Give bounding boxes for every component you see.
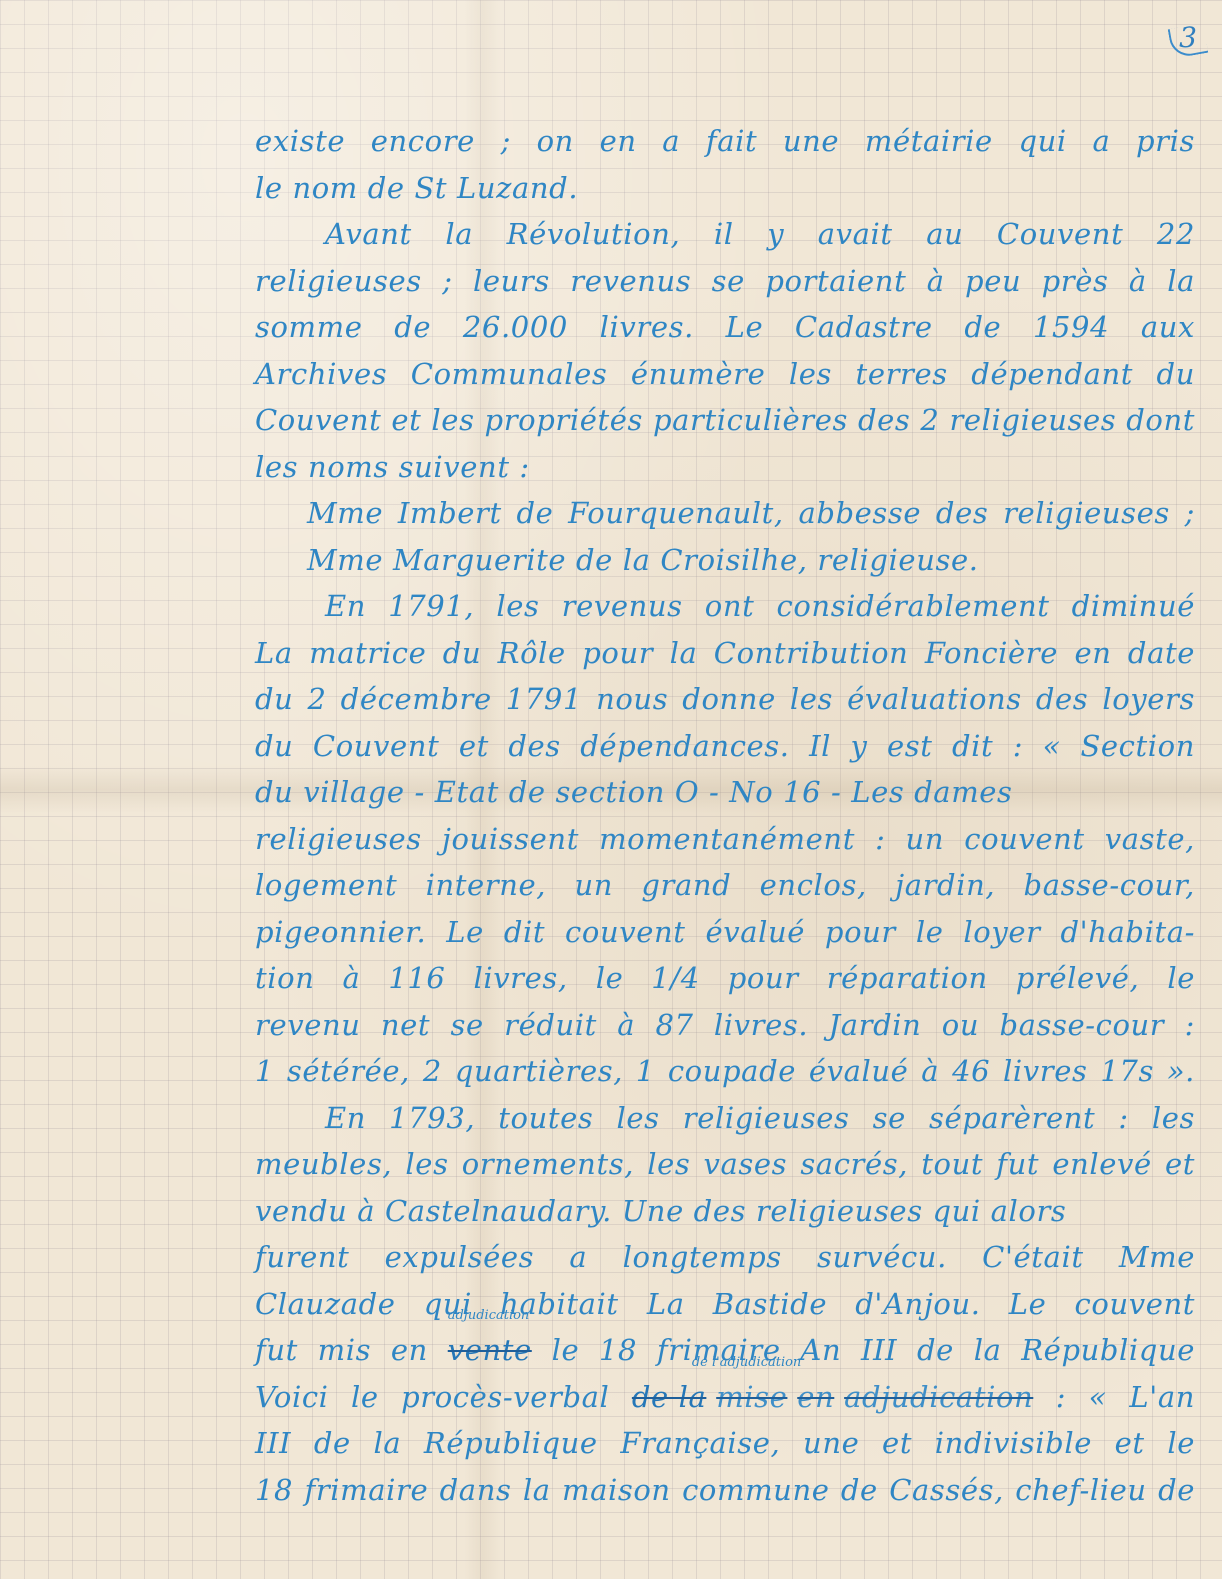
text-line-8: les noms suivent : bbox=[255, 444, 1195, 491]
text-line-21: 1 sétérée, 2 quartières, 1 coupade évalu… bbox=[255, 1048, 1195, 1095]
struck-word: de la bbox=[632, 1380, 707, 1414]
text-line-9-name-abbess: Mme Imbert de Fourquenault, abbesse des … bbox=[255, 490, 1195, 537]
text-line-6: Archives Communales énumère les terres d… bbox=[255, 351, 1195, 398]
struck-word: vente bbox=[448, 1333, 532, 1367]
correction-group: adjudication vente bbox=[448, 1327, 532, 1374]
text-line-11: En 1791, les revenus ont considérablemen… bbox=[255, 583, 1195, 630]
text-line-10-name-religieuse: Mme Marguerite de la Croisilhe, religieu… bbox=[255, 537, 1195, 584]
text-line-30: 18 frimaire dans la maison commune de Ca… bbox=[255, 1467, 1195, 1514]
text-line-16: religieuses jouissent momentanément : un… bbox=[255, 816, 1195, 863]
text-line-23: meubles, les ornements, les vases sacrés… bbox=[255, 1141, 1195, 1188]
text-line-22: En 1793, toutes les religieuses se sépar… bbox=[255, 1095, 1195, 1142]
struck-word: mise bbox=[716, 1380, 787, 1414]
inserted-word: adjudication bbox=[448, 1309, 530, 1323]
text-line-28: Voici le procès-verbal de l'adjudication… bbox=[255, 1374, 1195, 1421]
text-line-18: pigeonnier. Le dit couvent évalué pour l… bbox=[255, 909, 1195, 956]
text-line-5: somme de 26.000 livres. Le Cadastre de 1… bbox=[255, 304, 1195, 351]
struck-word: en bbox=[797, 1380, 834, 1414]
text-line-29: III de la République Française, une et i… bbox=[255, 1420, 1195, 1467]
correction-group: de l'adjudication de la mise en adjudica… bbox=[632, 1374, 1033, 1421]
text-line-20: revenu net se réduit à 87 livres. Jardin… bbox=[255, 1002, 1195, 1049]
text-line-15: du village - Etat de section O - No 16 -… bbox=[255, 769, 1195, 816]
text-line-17: logement interne, un grand enclos, jardi… bbox=[255, 862, 1195, 909]
text-line-4: religieuses ; leurs revenus se portaient… bbox=[255, 258, 1195, 305]
text-line-3: Avant la Révolution, il y avait au Couve… bbox=[255, 211, 1195, 258]
page-number: 3 bbox=[1168, 18, 1208, 58]
text-line-7: Couvent et les propriétés particulières … bbox=[255, 397, 1195, 444]
text-line-25: furent expulsées a longtemps survécu. C'… bbox=[255, 1234, 1195, 1281]
text-line-24: vendu à Castelnaudary. Une des religieus… bbox=[255, 1188, 1195, 1235]
text-segment: : « L'an bbox=[1056, 1380, 1195, 1414]
struck-word: adjudication bbox=[844, 1380, 1033, 1414]
text-line-2: le nom de St Luzand. bbox=[255, 165, 1195, 212]
inserted-phrase: de l'adjudication bbox=[692, 1356, 801, 1370]
text-line-1: existe encore ; on en a fait une métairi… bbox=[255, 118, 1195, 165]
text-segment: Voici le procès-verbal bbox=[255, 1380, 609, 1414]
handwritten-text-body: existe encore ; on en a fait une métairi… bbox=[255, 118, 1195, 1513]
text-line-12: La matrice du Rôle pour la Contribution … bbox=[255, 630, 1195, 677]
text-line-26: Clauzade qui habitait La Bastide d'Anjou… bbox=[255, 1281, 1195, 1328]
text-line-13: du 2 décembre 1791 nous donne les évalua… bbox=[255, 676, 1195, 723]
text-segment: le 18 frimaire An III de la République bbox=[552, 1333, 1195, 1367]
manuscript-page: 3 existe encore ; on en a fait une métai… bbox=[0, 0, 1222, 1579]
text-line-14: du Couvent et des dépendances. Il y est … bbox=[255, 723, 1195, 770]
text-line-19: tion à 116 livres, le 1/4 pour réparatio… bbox=[255, 955, 1195, 1002]
text-segment: fut mis en bbox=[255, 1333, 428, 1367]
